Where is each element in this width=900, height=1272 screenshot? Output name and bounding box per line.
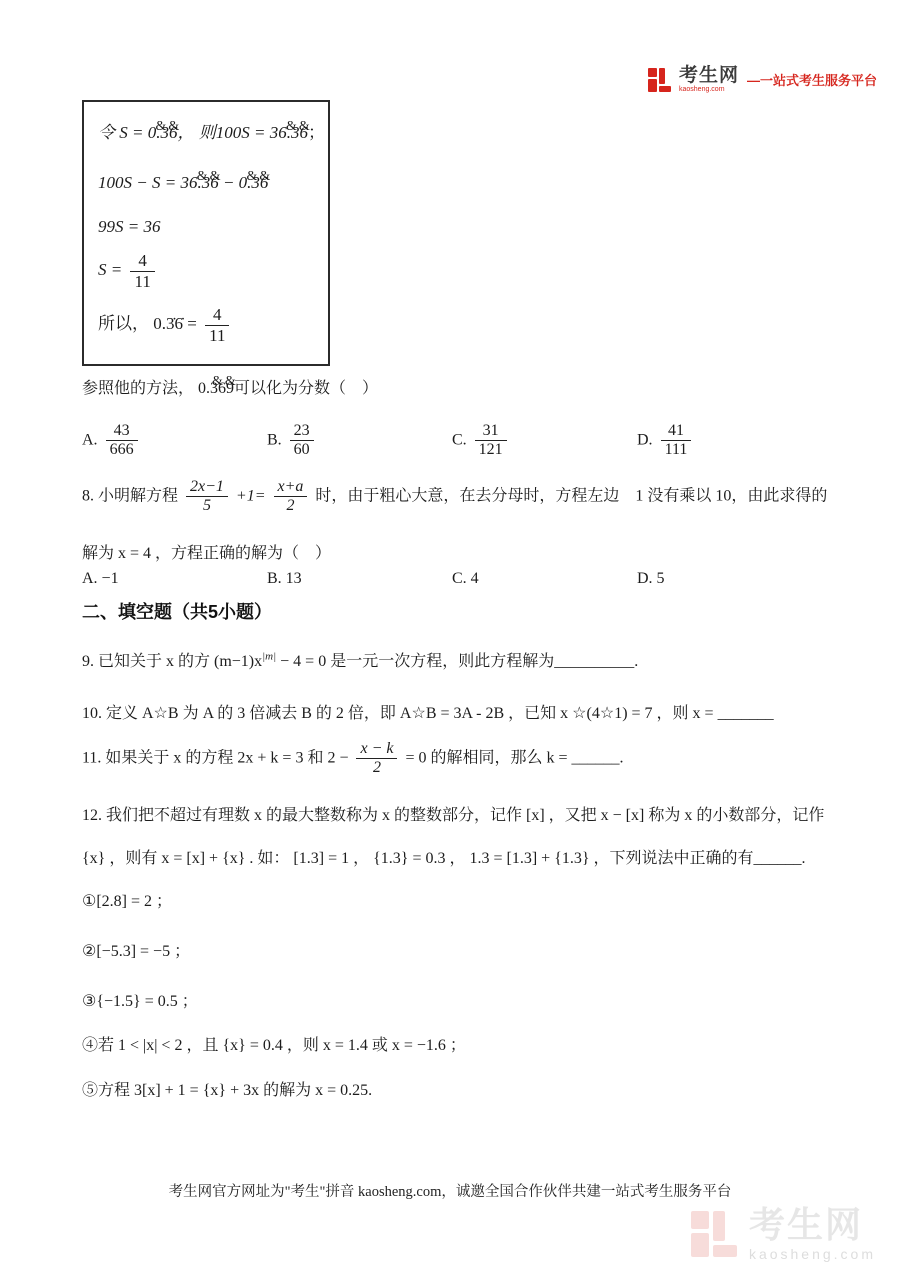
- q7-options-row: A. 43666 B. 2360 C. 31121 D. 41111: [82, 422, 842, 460]
- q12-item-3: ③{−1.5} = 0.5 ；: [82, 988, 198, 1011]
- fraction: 2360: [290, 422, 314, 460]
- q7-prompt: 参照他的方法， 0.369&&可以化为分数（ ）: [82, 375, 378, 398]
- q12-line-1: 12. 我们把不超过有理数 x 的最大整数称为 x 的整数部分，记作 [x] ，…: [82, 802, 824, 825]
- footer-text: 考生网官方网址为"考生"拼音 kaosheng.com，诚邀全国合作伙伴共建一站…: [0, 1180, 900, 1201]
- q12-item-5: ⑤方程 3[x] + 1 = {x} + 3x 的解为 x = 0.25.: [82, 1077, 372, 1100]
- q7-option-a: A. 43666: [82, 422, 267, 460]
- q11-text: 11. 如果关于 x 的方程 2x + k = 3 和 2 − x − k2 =…: [82, 740, 624, 778]
- workbox-line-2: 100S − S = 36.36&& − 0.36&&: [98, 173, 314, 193]
- exponent: |m|: [262, 651, 276, 663]
- logo-domain: kaosheng.com: [679, 86, 739, 93]
- watermark-brand-name: 考生网: [749, 1207, 876, 1243]
- workbox-line-3: 99S = 36: [98, 217, 314, 237]
- fraction: 411: [130, 251, 154, 291]
- fraction: 41111: [661, 422, 692, 460]
- fraction: 43666: [106, 422, 138, 460]
- q8-option-a: A. −1: [82, 570, 267, 588]
- q12-item-1: ①[2.8] = 2 ；: [82, 888, 172, 911]
- workbox-line-5: 所以， 0.3̇6̇ = 411: [98, 305, 314, 345]
- worked-example-box: 令 S = 0.36&&， 则100S = 36.36&&； 100S − S …: [82, 100, 330, 366]
- q8-line-2: 解为 x = 4 ，方程正确的解为（ ）: [82, 540, 331, 563]
- logo-brand-name: 考生网: [679, 66, 739, 85]
- kaosheng-watermark: 考生网 kaosheng.com: [691, 1207, 876, 1261]
- watermark-domain: kaosheng.com: [749, 1247, 876, 1261]
- kaosheng-logo-icon: [648, 67, 674, 93]
- fraction: x+a2: [274, 478, 308, 516]
- q8-options-row: A. −1 B. 13 C. 4 D. 5: [82, 570, 842, 588]
- fraction: 31121: [475, 422, 507, 460]
- q8-line-1: 8. 小明解方程 2x−15 +1= x+a2 时，由于粗心大意，在去分母时，方…: [82, 478, 827, 516]
- exam-document-page: 考生网 kaosheng.com —一站式考生服务平台 令 S = 0.36&&…: [0, 0, 900, 1272]
- q12-item-2: ②[−5.3] = −5 ；: [82, 938, 190, 961]
- q8-option-d: D. 5: [637, 570, 822, 588]
- workbox-line-1: 令 S = 0.36&&， 则100S = 36.36&&；: [98, 118, 314, 143]
- q10-text: 10. 定义 A☆B 为 A 的 3 倍减去 B 的 2 倍，即 A☆B = 3…: [82, 700, 774, 723]
- fraction: x − k2: [356, 740, 397, 778]
- kaosheng-header-logo: 考生网 kaosheng.com —一站式考生服务平台: [648, 66, 877, 93]
- q7-option-b: B. 2360: [267, 422, 452, 460]
- kaosheng-watermark-icon: [691, 1209, 741, 1259]
- q12-item-4: ④若 1 < |x| < 2 ，且 {x} = 0.4 ，则 x = 1.4 或…: [82, 1032, 466, 1055]
- q12-line-2: {x} ，则有 x = [x] + {x} . 如： [1.3] = 1 ， {…: [82, 845, 806, 868]
- q8-option-b: B. 13: [267, 570, 452, 588]
- fraction: 411: [205, 305, 229, 345]
- fraction: 2x−15: [186, 478, 228, 516]
- section-2-heading: 二、填空题（共5小题）: [82, 598, 272, 624]
- q7-option-c: C. 31121: [452, 422, 637, 460]
- q9-text: 9. 已知关于 x 的方 (m−1)x|m| − 4 = 0 是一元一次方程，则…: [82, 648, 638, 671]
- logo-tagline: —一站式考生服务平台: [747, 70, 877, 89]
- q7-option-d: D. 41111: [637, 422, 822, 460]
- workbox-line-4: S = 411: [98, 251, 314, 291]
- q8-option-c: C. 4: [452, 570, 637, 588]
